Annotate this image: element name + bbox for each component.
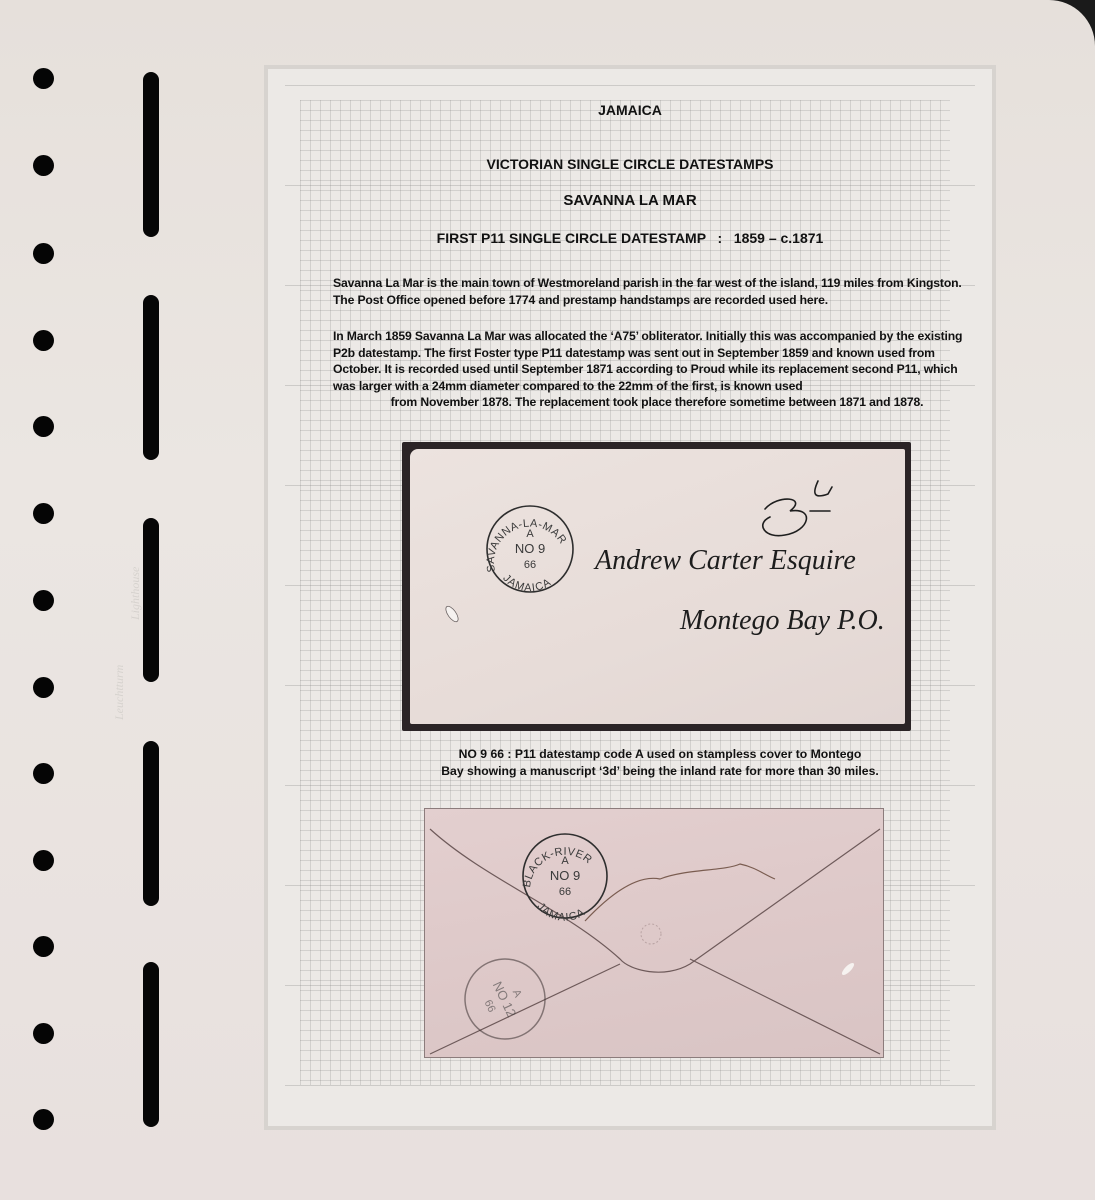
intro-paragraph: Savanna La Mar is the main town of Westm… bbox=[333, 275, 981, 308]
cover-front-image: SAVANNA-LA-MAR JAMAICA A NO 9 66 Andrew … bbox=[410, 449, 905, 724]
svg-text:NO 12: NO 12 bbox=[490, 979, 519, 1019]
punch-hole-icon bbox=[33, 936, 54, 957]
savanna-la-mar-postmark-icon: SAVANNA-LA-MAR JAMAICA A NO 9 66 bbox=[485, 506, 573, 594]
envelope-flap-lines bbox=[430, 829, 880, 1054]
punch-hole-icon bbox=[33, 68, 54, 89]
cover-back-image: BLACK-RIVER JAMAICA A NO 9 66 A NO 12 66 bbox=[424, 808, 884, 1058]
cover-back-artwork: BLACK-RIVER JAMAICA A NO 9 66 A NO 12 66 bbox=[425, 809, 884, 1058]
history-paragraph: In March 1859 Savanna La Mar was allocat… bbox=[333, 328, 981, 411]
svg-text:66: 66 bbox=[524, 559, 536, 571]
svg-text:NO 9: NO 9 bbox=[515, 541, 545, 556]
brand-text-lighthouse: Lighthouse bbox=[128, 567, 143, 620]
punch-hole-icon bbox=[33, 155, 54, 176]
cover-front-artwork: SAVANNA-LA-MAR JAMAICA A NO 9 66 Andrew … bbox=[410, 449, 905, 724]
album-brand-imprint: Leuchtturm Lighthouse bbox=[108, 520, 148, 720]
address-line-1: Andrew Carter Esquire bbox=[593, 545, 856, 576]
album-page: Leuchtturm Lighthouse JAMAICA VICTORIAN … bbox=[0, 0, 1095, 1200]
punch-hole-icon bbox=[33, 243, 54, 264]
manuscript-3d-rate bbox=[763, 481, 832, 536]
punch-hole-icon bbox=[33, 1109, 54, 1130]
binder-slot-icon bbox=[143, 295, 159, 460]
svg-text:NO 9: NO 9 bbox=[550, 868, 580, 883]
binder-slot-icon bbox=[143, 962, 159, 1127]
brand-text-leuchtturm: Leuchtturm bbox=[112, 665, 127, 720]
punch-hole-icon bbox=[33, 677, 54, 698]
caption-line-1: NO 9 66 : P11 datestamp code A used on s… bbox=[400, 746, 920, 763]
town-heading: SAVANNA LA MAR bbox=[264, 192, 996, 209]
punch-hole-icon bbox=[33, 763, 54, 784]
cover-caption: NO 9 66 : P11 datestamp code A used on s… bbox=[400, 746, 920, 779]
svg-text:JAMAICA: JAMAICA bbox=[500, 572, 553, 594]
history-paragraph-last-line: from November 1878. The replacement took… bbox=[333, 394, 981, 411]
history-paragraph-body: In March 1859 Savanna La Mar was allocat… bbox=[333, 329, 962, 393]
address-line-2: Montego Bay P.O. bbox=[679, 605, 885, 636]
svg-text:66: 66 bbox=[559, 886, 571, 898]
binder-slot-icon bbox=[143, 741, 159, 906]
svg-text:A: A bbox=[561, 855, 569, 867]
punch-hole-icon bbox=[33, 850, 54, 871]
svg-text:A: A bbox=[526, 528, 534, 540]
subheading-datestamp: FIRST P11 SINGLE CIRCLE DATESTAMP : 1859… bbox=[264, 230, 996, 246]
section-heading: VICTORIAN SINGLE CIRCLE DATESTAMPS bbox=[264, 156, 996, 172]
binder-slot-icon bbox=[143, 72, 159, 237]
punch-hole-icon bbox=[33, 330, 54, 351]
black-river-postmark-icon: BLACK-RIVER JAMAICA A NO 9 66 bbox=[521, 834, 607, 924]
punch-hole-icon bbox=[33, 416, 54, 437]
svg-text:66: 66 bbox=[482, 998, 498, 1014]
punch-hole-icon bbox=[33, 503, 54, 524]
punch-hole-icon bbox=[33, 1023, 54, 1044]
page-title-country: JAMAICA bbox=[264, 102, 996, 118]
svg-text:JAMAICA: JAMAICA bbox=[535, 901, 588, 924]
punch-hole-icon bbox=[33, 590, 54, 611]
caption-line-2: Bay showing a manuscript ‘3d’ being the … bbox=[400, 763, 920, 780]
